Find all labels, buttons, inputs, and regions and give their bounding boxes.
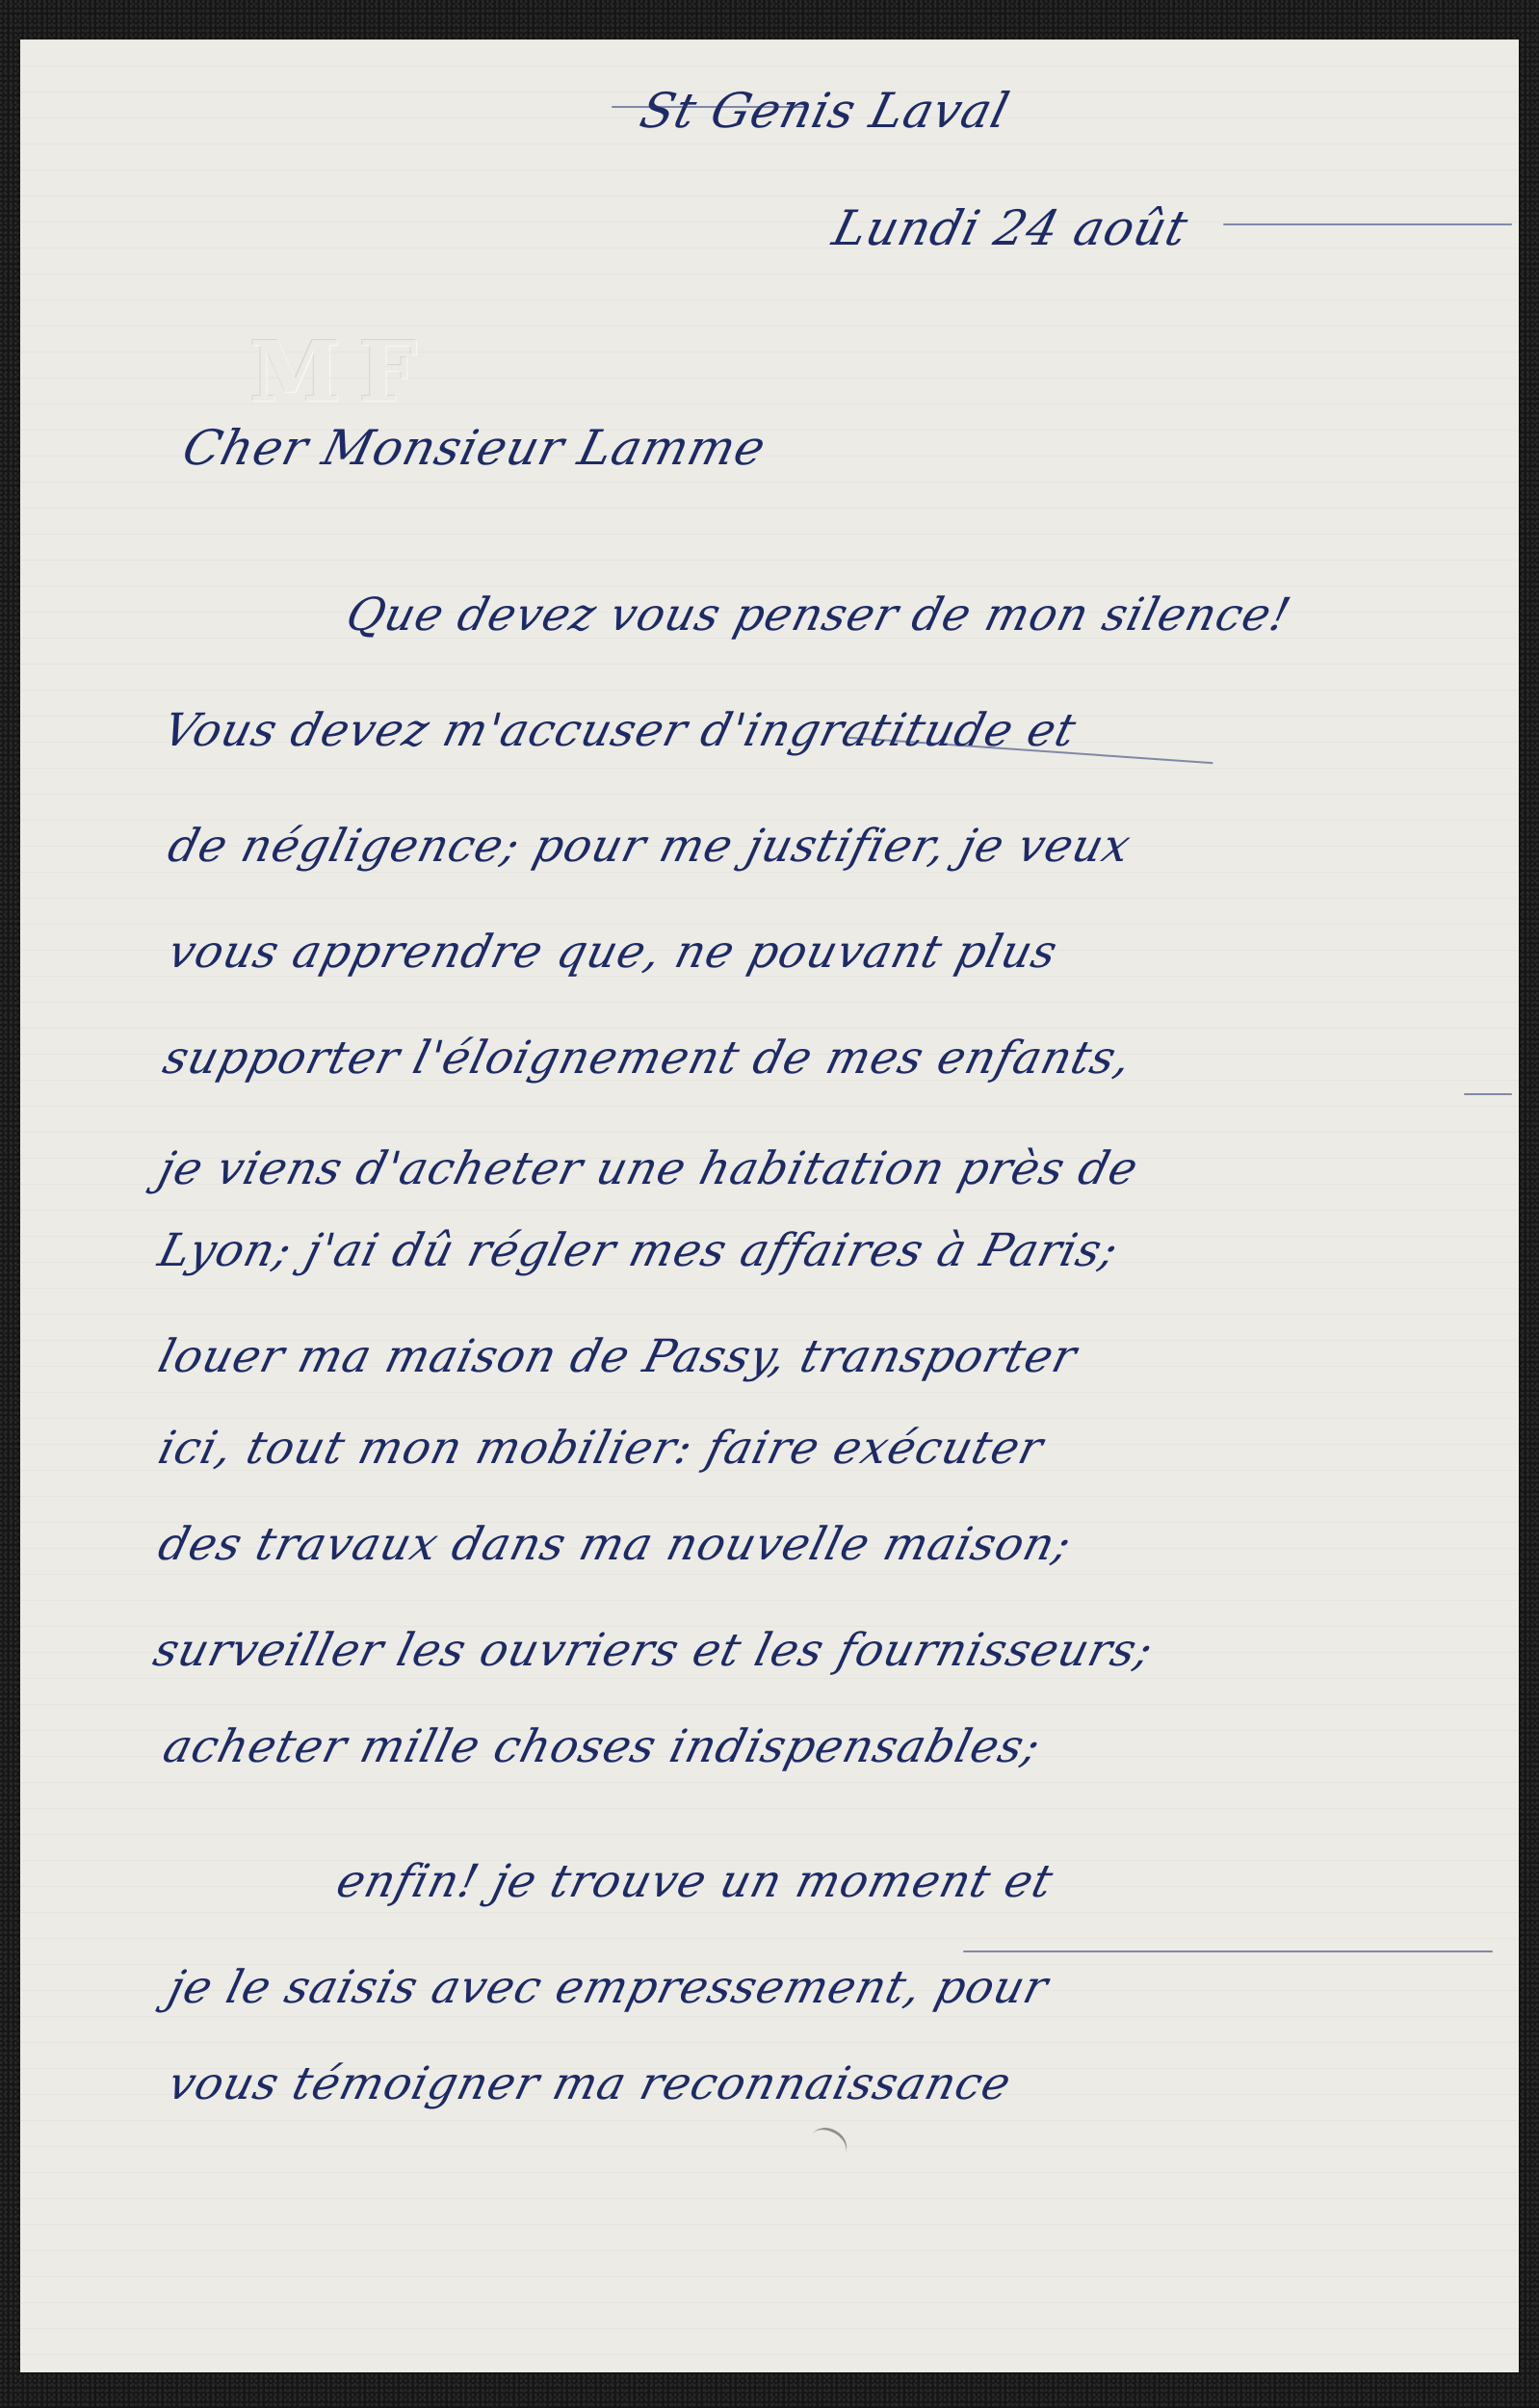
letter-place: St Genis Laval	[636, 87, 1014, 135]
pen-stroke	[1223, 223, 1512, 225]
letter-line-7: Lyon; j'ai dû régler mes affaires à Pari…	[154, 1228, 1123, 1273]
letter-line-15: vous témoigner ma reconnaissance	[164, 2061, 1016, 2107]
letter-line-2: Vous devez m'accuser d'ingratitude et	[159, 708, 1081, 753]
pen-stroke	[1464, 1093, 1512, 1095]
letter-line-13: enfin! je trouve un moment et	[332, 1859, 1057, 1904]
letter-line-4: vous apprendre que, ne pouvant plus	[164, 929, 1062, 975]
letter-line-14: je le saisis avec empressement, pour	[164, 1965, 1053, 2010]
letter-line-10: des travaux dans ma nouvelle maison;	[154, 1522, 1076, 1567]
letter-line-12: acheter mille choses indispensables;	[159, 1724, 1045, 1769]
letter-line-11: surveiller les ouvriers et les fournisse…	[149, 1628, 1158, 1673]
letter-line-5: supporter l'éloignement de mes enfants,	[159, 1035, 1136, 1081]
letter-line-3: de négligence; pour me justifier, je veu…	[164, 824, 1135, 869]
pen-stroke	[963, 1950, 1493, 1952]
letter-line-8: louer ma maison de Passy, transporter	[154, 1334, 1082, 1379]
letter-line-1: Que devez vous penser de mon silence!	[342, 592, 1295, 638]
letter-line-9: ici, tout mon mobilier: faire exécuter	[154, 1426, 1048, 1471]
embossed-monogram: MF	[249, 324, 434, 421]
letter-salutation: Cher Monsieur Lamme	[178, 424, 770, 472]
letter-line-6: je viens d'acheter une habitation près d…	[154, 1146, 1143, 1191]
letter-date: Lundi 24 août	[828, 204, 1193, 252]
pen-stroke	[612, 106, 804, 108]
letter-page: MF	[20, 39, 1519, 2372]
